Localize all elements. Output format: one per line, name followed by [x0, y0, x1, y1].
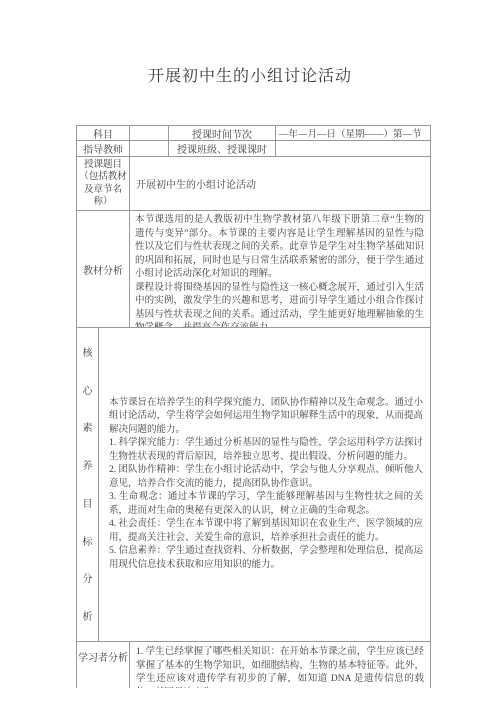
core-literacy-content: 本节课旨在培养学生的科学探究能力、团队协作精神以及生命观念。通过小组讨论活动，学…	[99, 328, 431, 642]
time-slot-label: 授课时间节次	[169, 126, 276, 141]
time-slot-value: —年—月—日（星期——）第—节	[276, 126, 431, 141]
core-literacy-intro: 本节课旨在培养学生的科学探究能力、团队协作精神以及生命观念。通过小组讨论活动，学…	[109, 397, 423, 438]
core-literacy-label-char: 心	[83, 382, 93, 397]
row-learner-analysis: 学习者分析 1. 学生已经掌握了哪些相关知识：在开始本节课之前，学生应该已经掌握…	[77, 642, 431, 688]
core-literacy-item: 5. 信息素养：学生通过查找资料、分析数据，学会整理和处理信息，提高运用现代信息…	[109, 545, 423, 572]
core-literacy-item: 2. 团队协作精神：学生在小组讨论活动中，学会与他人分享观点、倾听他人意见，培养…	[109, 464, 423, 491]
core-literacy-item: 1. 科学探究能力：学生通过分析基因的显性与隐性，学会运用科学方法探讨生物性状表…	[109, 437, 423, 464]
core-literacy-label-char: 分	[83, 570, 93, 585]
core-literacy-label-char: 标	[83, 533, 93, 548]
topic-label-line: 及章节名	[84, 184, 122, 197]
core-literacy-label-char: 析	[83, 608, 93, 623]
core-literacy-item: 4. 社会责任：学生在本节课中将了解到基因知识在农业生产、医学领域的应用，提高关…	[109, 518, 423, 545]
row-subject-time: 科目 授课时间节次 —年—月—日（星期——）第—节	[77, 126, 431, 141]
material-analysis-paragraph: 课程设计将围绕基因的显性与隐性这一核心概念展开，通过引入生活中的实例，激发学生的…	[135, 282, 424, 329]
material-analysis-label: 教材分析	[77, 211, 130, 328]
class-hours-value	[276, 141, 431, 157]
teacher-value-cell	[130, 141, 169, 157]
material-analysis-paragraph: 本节课选用的是人教版初中生物学教材第八年级下册第二章“生物的遗传与变异”部分。本…	[135, 214, 424, 282]
page-title: 开展初中生的小组讨论活动	[0, 63, 500, 86]
core-literacy-label-char: 素	[83, 419, 93, 434]
topic-label-line: （包括教材	[79, 171, 127, 184]
learner-analysis-label: 学习者分析	[77, 642, 130, 688]
core-literacy-label-char: 目	[83, 495, 93, 510]
row-core-literacy: 核 心 素 养 目 标 分 析 本节课旨在培养学生的科学探究能力、团队协作精神以…	[77, 328, 431, 642]
lesson-plan-table: 科目 授课时间节次 —年—月—日（星期——）第—节 指导教师 授课班级、授课课时…	[76, 125, 431, 688]
row-teacher-class: 指导教师 授课班级、授课课时	[77, 141, 431, 157]
subject-value-cell	[130, 126, 169, 141]
core-literacy-label-char: 核	[83, 344, 93, 359]
material-analysis-content: 本节课选用的是人教版初中生物学教材第八年级下册第二章“生物的遗传与变异”部分。本…	[130, 211, 431, 328]
topic-value: 开展初中生的小组讨论活动	[130, 157, 431, 211]
row-topic: 授课题目 （包括教材 及章节名 称） 开展初中生的小组讨论活动	[77, 157, 431, 211]
topic-label-line: 授课题目	[84, 159, 122, 172]
subject-label: 科目	[77, 126, 130, 141]
learner-analysis-content: 1. 学生已经掌握了哪些相关知识：在开始本节课之前，学生应该已经掌握了基本的生物…	[130, 642, 431, 688]
core-literacy-label-char: 养	[83, 457, 93, 472]
topic-label: 授课题目 （包括教材 及章节名 称）	[77, 157, 130, 211]
teacher-label: 指导教师	[77, 141, 130, 157]
topic-label-line: 称）	[93, 196, 112, 209]
class-hours-label: 授课班级、授课课时	[169, 141, 276, 157]
row-material-analysis: 教材分析 本节课选用的是人教版初中生物学教材第八年级下册第二章“生物的遗传与变异…	[77, 211, 431, 328]
core-literacy-item: 3. 生命观念：通过本节课的学习，学生能够理解基因与生物性状之间的关系，进而对生…	[109, 491, 423, 518]
core-literacy-label: 核 心 素 养 目 标 分 析	[77, 328, 99, 642]
document-page: 开展初中生的小组讨论活动 科目 授课时间节次 —年—月—日（星期——）第—节 指…	[0, 0, 500, 707]
